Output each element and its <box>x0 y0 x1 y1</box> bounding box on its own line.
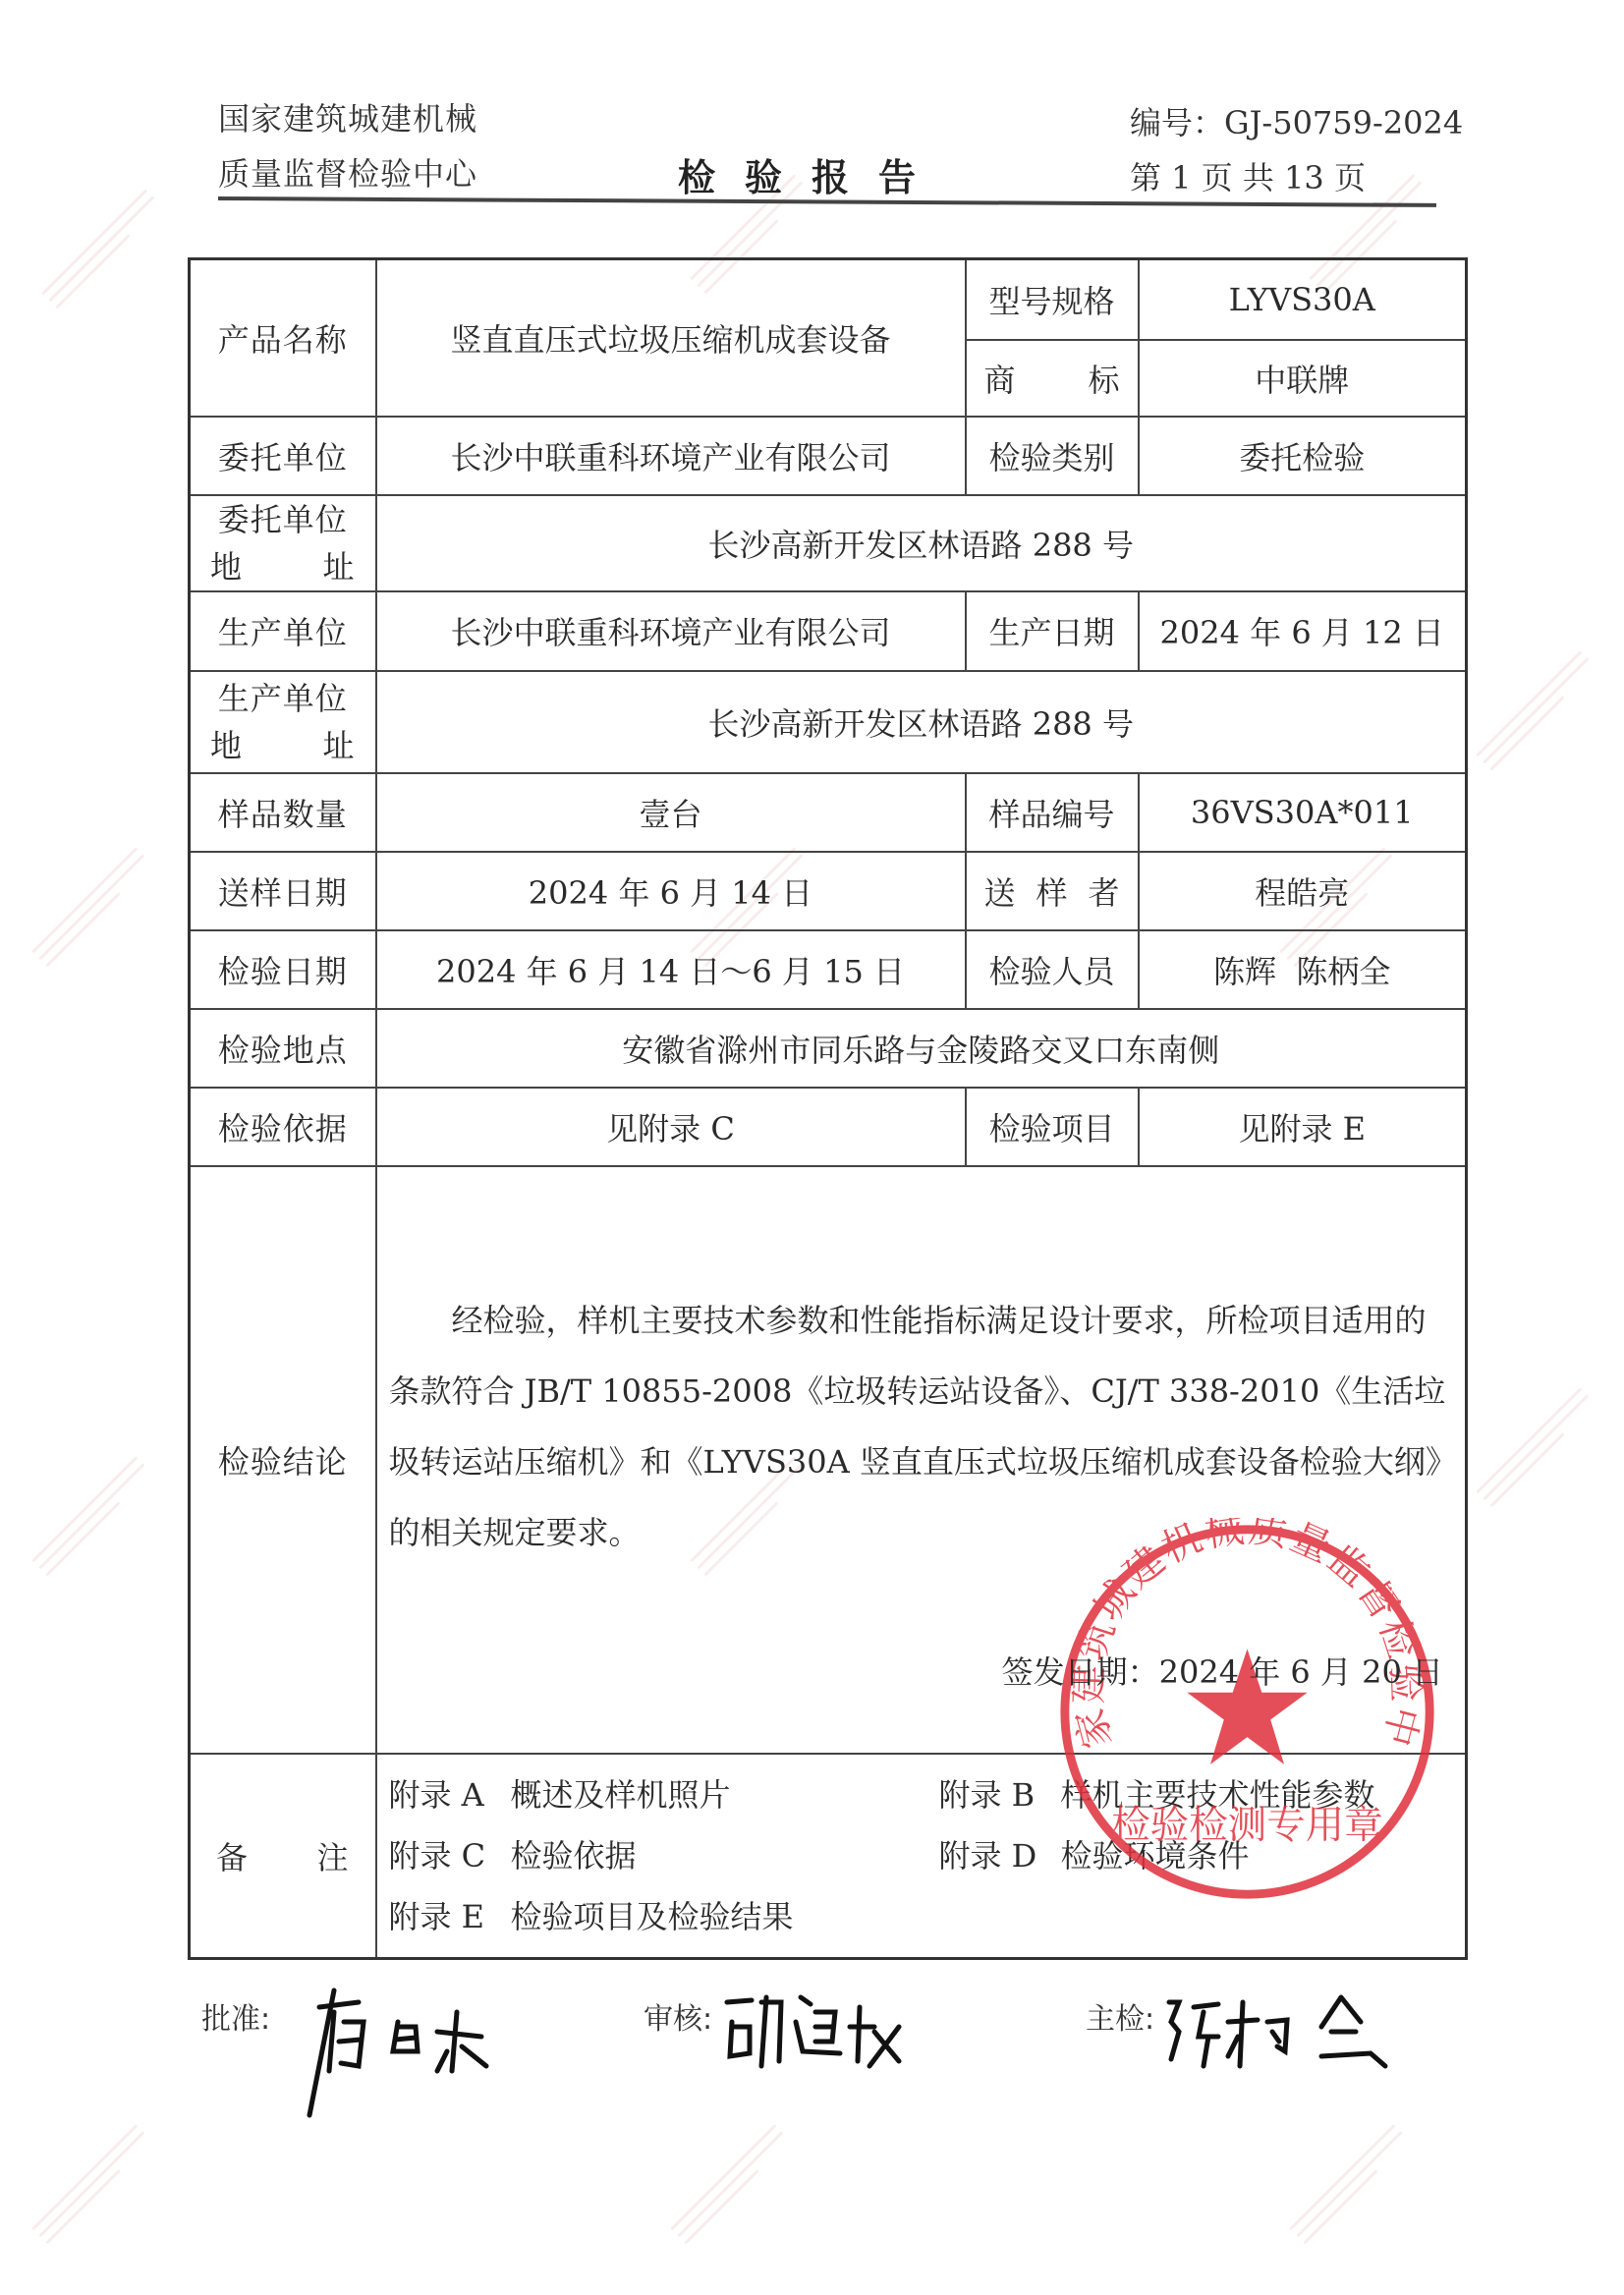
document-title: 检验报告 <box>678 147 945 201</box>
delivery-date-value: 2024 年 6 月 14 日 <box>376 852 966 930</box>
watermark <box>1471 1382 1624 1536</box>
manufacturer-label: 生产单位 <box>190 591 376 671</box>
issue-date: 签发日期：2024 年 6 月 20 日 <box>389 1637 1454 1707</box>
appendix-c: 附录 C检验依据 <box>389 1825 939 1886</box>
watermark <box>1284 2119 1437 2272</box>
review-label: 审核: <box>644 1994 712 2038</box>
watermark <box>665 2119 818 2272</box>
appendix-b: 附录 B样机主要技术性能参数 <box>939 1764 1466 1825</box>
watermark <box>27 842 180 995</box>
client-label: 委托单位 <box>190 417 376 495</box>
appendix-a: 附录 A概述及样机照片 <box>389 1764 939 1825</box>
sample-quantity-label: 样品数量 <box>190 773 376 852</box>
location-label: 检验地点 <box>190 1009 376 1088</box>
model-value: LYVS30A <box>1139 259 1467 340</box>
brand-value: 中联牌 <box>1139 340 1467 417</box>
conclusion-label: 检验结论 <box>190 1166 376 1754</box>
inspection-date-value: 2024 年 6 月 14 日～6 月 15 日 <box>376 930 966 1009</box>
page-info: 第 1 页 共 13 页 <box>1130 153 1366 198</box>
inspection-type-label: 检验类别 <box>966 417 1139 495</box>
sample-number-value: 36VS30A*011 <box>1139 773 1467 852</box>
report-table: 产品名称 竖直直压式垃圾压缩机成套设备 型号规格 LYVS30A 商标 中联牌 … <box>188 257 1468 1960</box>
watermark <box>27 1451 180 1604</box>
reviewer-signature <box>712 1983 968 2081</box>
sample-quantity-value: 壹台 <box>376 773 966 852</box>
sender-label: 送样者 <box>966 852 1139 930</box>
production-date-label: 生产日期 <box>966 591 1139 671</box>
org-name-line2: 质量监督检验中心 <box>218 149 477 195</box>
approve-label: 批准: <box>201 1994 270 2038</box>
appendix-d: 附录 D检验环境条件 <box>939 1825 1466 1886</box>
location-value: 安徽省滁州市同乐路与金陵路交叉口东南侧 <box>376 1009 1467 1088</box>
model-label: 型号规格 <box>966 259 1139 340</box>
inspectors-value: 陈辉 陈柄全 <box>1139 930 1467 1009</box>
conclusion-cell: 经检验，样机主要技术参数和性能指标满足设计要求，所检项目适用的条款符合 JB/T… <box>376 1166 1467 1754</box>
manufacturer-address-label: 生产单位地址 <box>190 671 376 773</box>
watermark <box>1471 645 1624 799</box>
signature-row: 批准: 审核: 主检: <box>201 1994 1429 2112</box>
sample-number-label: 样品编号 <box>966 773 1139 852</box>
brand-label: 商标 <box>966 340 1139 417</box>
product-name-value: 竖直直压式垃圾压缩机成套设备 <box>376 259 966 417</box>
delivery-date-label: 送样日期 <box>190 852 376 930</box>
client-address-label: 委托单位地址 <box>190 495 376 591</box>
chief-inspector-signature <box>1159 1983 1434 2081</box>
notes-label: 备注 <box>190 1754 376 1959</box>
conclusion-text: 经检验，样机主要技术参数和性能指标满足设计要求，所检项目适用的条款符合 JB/T… <box>389 1285 1454 1568</box>
appendix-e: 附录 E检验项目及检验结果 <box>389 1886 939 1947</box>
notes-cell: 附录 A概述及样机照片 附录 B样机主要技术性能参数 附录 C检验依据 附录 D… <box>376 1754 1467 1959</box>
inspection-type-value: 委托检验 <box>1139 417 1467 495</box>
basis-value: 见附录 C <box>376 1088 966 1166</box>
watermark <box>27 2119 180 2272</box>
product-name-label: 产品名称 <box>190 259 376 417</box>
production-date-value: 2024 年 6 月 12 日 <box>1139 591 1467 671</box>
chief-inspector-label: 主检: <box>1086 1994 1154 2038</box>
items-value: 见附录 E <box>1139 1088 1467 1166</box>
watermark <box>36 184 190 337</box>
sender-value: 程皓亮 <box>1139 852 1467 930</box>
approver-signature <box>290 1983 526 2120</box>
client-address-value: 长沙高新开发区林语路 288 号 <box>376 495 1467 591</box>
manufacturer-value: 长沙中联重科环境产业有限公司 <box>376 591 966 671</box>
inspection-date-label: 检验日期 <box>190 930 376 1009</box>
client-value: 长沙中联重科环境产业有限公司 <box>376 417 966 495</box>
report-number: 编号：GJ-50759-2024 <box>1130 98 1463 143</box>
manufacturer-address-value: 长沙高新开发区林语路 288 号 <box>376 671 1467 773</box>
inspectors-label: 检验人员 <box>966 930 1139 1009</box>
org-name-line1: 国家建筑城建机械 <box>218 94 477 140</box>
items-label: 检验项目 <box>966 1088 1139 1166</box>
basis-label: 检验依据 <box>190 1088 376 1166</box>
